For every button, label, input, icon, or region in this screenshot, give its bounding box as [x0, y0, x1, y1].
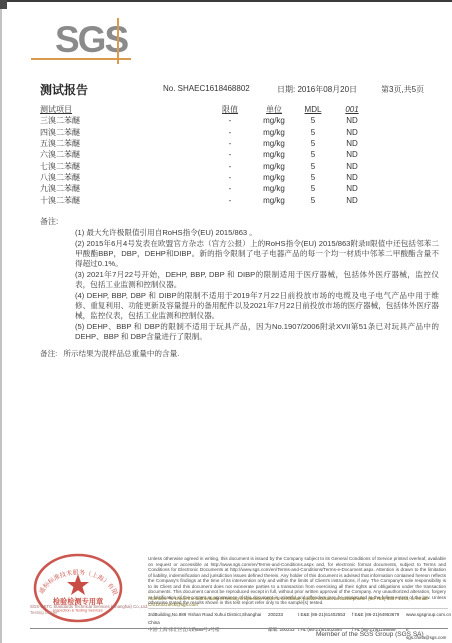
test-item: 十溴二苯醚: [40, 195, 208, 206]
result-value: ND: [330, 173, 374, 182]
unit-value: mg/kg: [252, 173, 296, 182]
limit-value: -: [208, 196, 252, 205]
table-row: 五溴二苯醚 - mg/kg 5 ND: [40, 138, 412, 149]
scanned-test-report-page: { "page": { "brand": "SGS", "title": "测试…: [0, 0, 452, 643]
sgs-member-note: Member of the SGS Group (SGS SA): [316, 631, 424, 638]
authenticity-attention: Attention: To check the authenticity of …: [148, 596, 446, 607]
result-value: ND: [330, 196, 374, 205]
company-name: SGS-CSTC Standards Technical Services (S…: [30, 604, 160, 610]
company-center: Testing Center: [30, 610, 160, 616]
test-item: 八溴二苯醚: [40, 172, 208, 183]
fax-en: f E&E (86-21)64953679: [352, 611, 406, 626]
test-item: 九溴二苯醚: [40, 183, 208, 194]
result-value: ND: [330, 128, 374, 137]
result-value: ND: [330, 184, 374, 193]
col-header-mdl: MDL: [296, 105, 330, 114]
test-item: 七溴二苯醚: [40, 161, 208, 172]
logo-vertical-line: [117, 18, 119, 64]
limit-value: -: [208, 128, 252, 137]
scan-edge-top: [0, 0, 452, 2]
mdl-value: 5: [296, 150, 330, 159]
limit-value: -: [208, 173, 252, 182]
postcode-en: 200233: [268, 611, 298, 626]
mdl-value: 5: [296, 173, 330, 182]
table-row: 八溴二苯醚 - mg/kg 5 ND: [40, 172, 412, 183]
result-value: ND: [330, 162, 374, 171]
report-number: No. SHAEC1618468802: [163, 84, 250, 93]
report-date: 日期: 2016年08月20日: [277, 84, 357, 95]
address-en: 3rdBuilding,No.889 Yishan Road Xuhui Dis…: [148, 611, 268, 626]
bottom-divider: [30, 628, 448, 629]
result-value: ND: [330, 116, 374, 125]
results-table: 测试项目 限值 单位 MDL 001 三溴二苯醚 - mg/kg 5 ND 四溴…: [40, 104, 412, 206]
note-item-5: (5) DEHP、BBP 和 DBP的限制不适用于玩具产品，因为No.1907/…: [75, 322, 439, 342]
unit-value: mg/kg: [252, 139, 296, 148]
result-value: ND: [330, 150, 374, 159]
address-row-en: 3rdBuilding,No.889 Yishan Road Xuhui Dis…: [148, 611, 448, 626]
table-row: 九溴二苯醚 - mg/kg 5 ND: [40, 183, 412, 194]
unit-value: mg/kg: [252, 116, 296, 125]
stamp-star-icon: [67, 574, 89, 595]
unit-value: mg/kg: [252, 162, 296, 171]
note-item-3: (3) 2021年7月22号开始，DEHP, BBP, DBP 和 DIBP的限…: [75, 270, 439, 290]
table-row: 六溴二苯醚 - mg/kg 5 ND: [40, 149, 412, 160]
unit-value: mg/kg: [252, 128, 296, 137]
limit-value: -: [208, 150, 252, 159]
unit-value: mg/kg: [252, 184, 296, 193]
col-header-limit: 限值: [208, 104, 252, 115]
footnote-label: 备注:: [40, 349, 57, 358]
tel-en: t E&E (86-21)61402553: [298, 611, 352, 626]
result-value: ND: [330, 139, 374, 148]
limit-value: -: [208, 162, 252, 171]
unit-value: mg/kg: [252, 150, 296, 159]
footnote-text: 所示结果为混样品总重量中的含量.: [63, 349, 179, 358]
test-item: 六溴二苯醚: [40, 149, 208, 160]
table-row: 三溴二苯醚 - mg/kg 5 ND: [40, 115, 412, 126]
col-header-test-item: 测试项目: [40, 104, 208, 115]
mdl-value: 5: [296, 128, 330, 137]
notes-label: 备注:: [40, 216, 58, 227]
mdl-value: 5: [296, 162, 330, 171]
mdl-value: 5: [296, 116, 330, 125]
company-name-lines: SGS-CSTC Standards Technical Services (S…: [30, 604, 160, 615]
limit-value: -: [208, 184, 252, 193]
note-item-1: (1) 最大允许极限值引用自RoHS指令(EU) 2015/863 。: [75, 228, 439, 238]
mdl-value: 5: [296, 184, 330, 193]
note-item-4: (4) DEHP, BBP, DBP 和 DIBP的限制不适用于2019年7月2…: [75, 291, 439, 320]
results-footnote: 备注:所示结果为混样品总重量中的含量.: [40, 348, 179, 359]
col-header-sample-001: 001: [330, 105, 374, 114]
test-item: 四溴二苯醚: [40, 127, 208, 138]
note-item-2: (2) 2015年6月4号发表在欧盟官方杂志（官方公报）上的RoHS指令(EU)…: [75, 239, 439, 268]
page-title: 测试报告: [40, 81, 88, 98]
logo-horizontal-line: [31, 58, 131, 60]
col-header-unit: 单位: [252, 104, 296, 115]
website: www.sgsgroup.com.cn: [406, 611, 448, 626]
limit-value: -: [208, 139, 252, 148]
table-row: 七溴二苯醚 - mg/kg 5 ND: [40, 160, 412, 171]
page-number: 第3页,共5页: [381, 84, 424, 95]
test-item: 五溴二苯醚: [40, 138, 208, 149]
table-row: 十溴二苯醚 - mg/kg 5 ND: [40, 194, 412, 205]
table-row: 四溴二苯醚 - mg/kg 5 ND: [40, 127, 412, 138]
mdl-value: 5: [296, 196, 330, 205]
scan-edge-left: [0, 0, 2, 643]
unit-value: mg/kg: [252, 196, 296, 205]
mdl-value: 5: [296, 139, 330, 148]
test-item: 三溴二苯醚: [40, 115, 208, 126]
notes-list: (1) 最大允许极限值引用自RoHS指令(EU) 2015/863 。 (2) …: [75, 228, 439, 343]
table-header-row: 测试项目 限值 单位 MDL 001: [40, 104, 412, 115]
limit-value: -: [208, 116, 252, 125]
scan-edge-corner: [0, 0, 7, 9]
